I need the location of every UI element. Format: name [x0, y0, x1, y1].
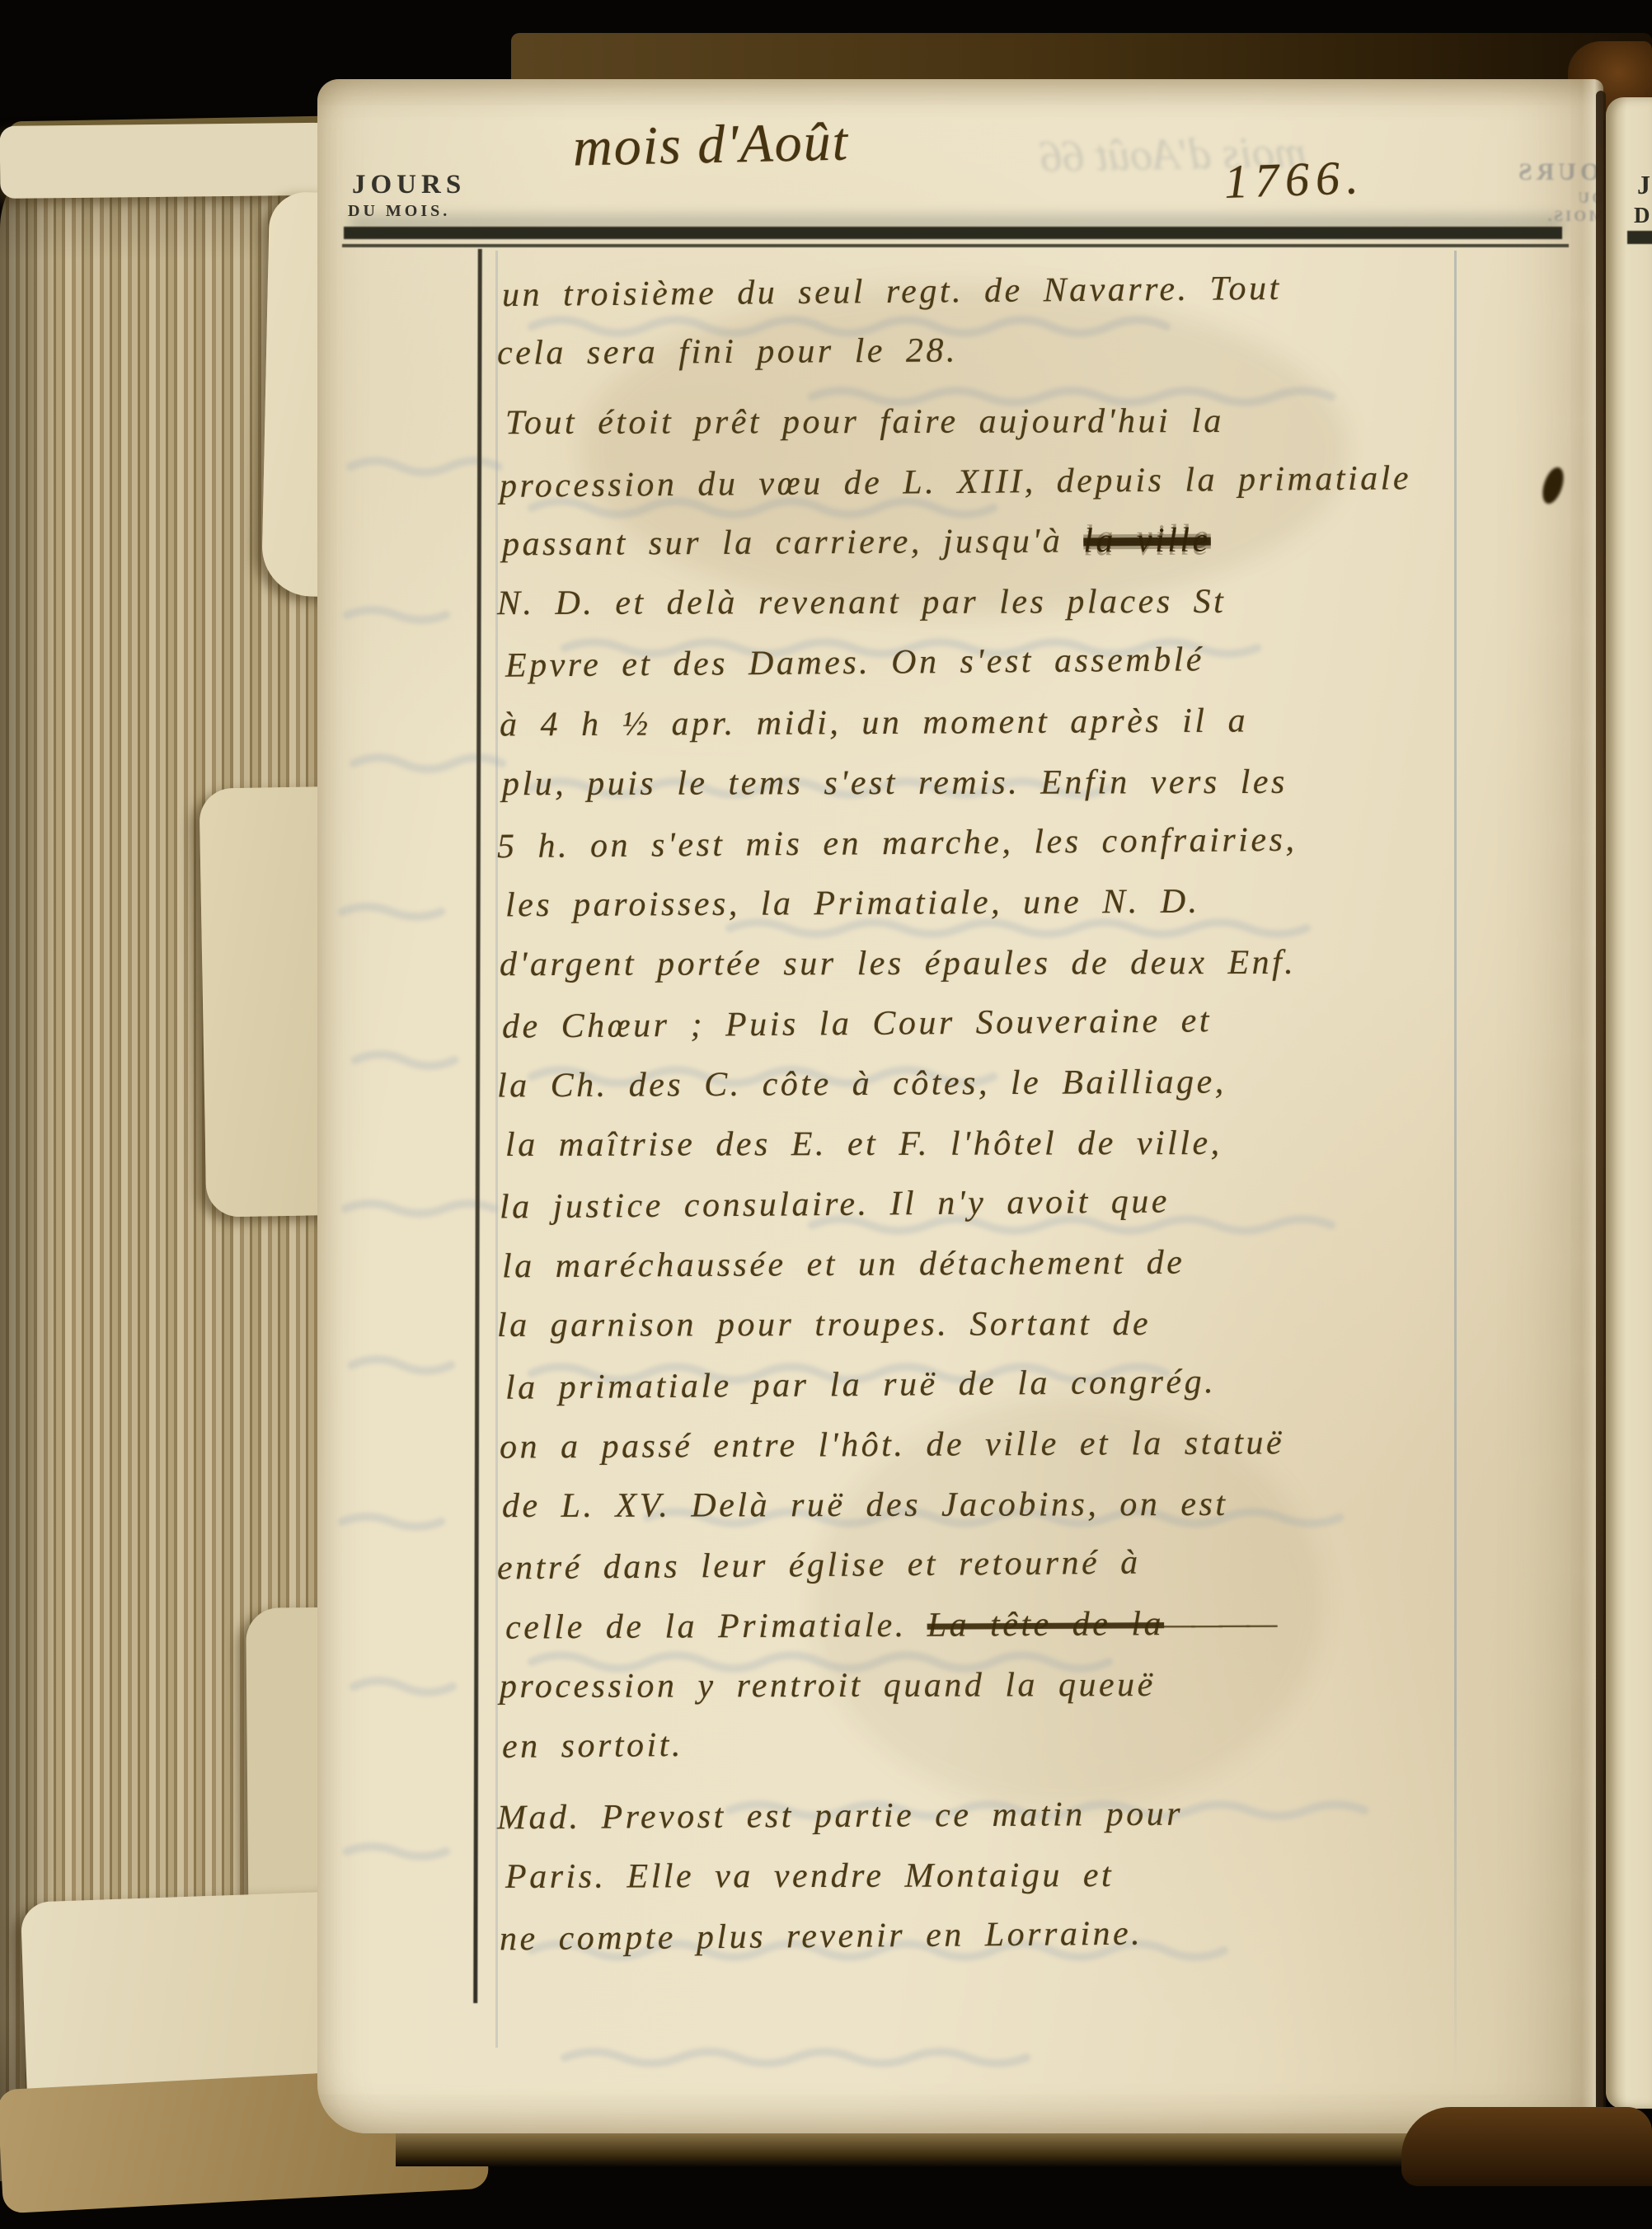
header-rule-thin	[342, 244, 1569, 247]
manuscript-text: on a passé entre l'hôt. de ville et la s…	[500, 1424, 1284, 1466]
manuscript-text: à 4 h ½ apr. midi, un moment après il a	[500, 702, 1248, 744]
manuscript-text: ————	[1164, 1604, 1274, 1643]
manuscript-line: 5 h. on s'est mis en marche, les confrai…	[497, 820, 1298, 867]
leather-corner-bottom-right	[1401, 2107, 1652, 2186]
manuscript-line: les paroisses, la Primatiale, une N. D.	[505, 882, 1200, 926]
manuscript-line: Paris. Elle va vendre Montaigu et	[505, 1856, 1114, 1897]
manuscript-line: en sortoit.	[502, 1725, 683, 1767]
manuscript-text: la maîtrise des E. et F. l'hôtel de vill…	[505, 1124, 1223, 1164]
manuscript-text: un troisième du seul regt. de Navarre. T…	[502, 270, 1282, 314]
manuscript-line: celle de la Primatiale. La tête de la———…	[505, 1603, 1274, 1648]
manuscript-text: procession y rentroit quand la queuë	[500, 1666, 1156, 1706]
manuscript-line: N. D. et delà revenant par les places St	[497, 582, 1226, 623]
manuscript-text: d'argent portée sur les épaules de deux …	[500, 944, 1296, 983]
manuscript-text: cela sera fini pour le 28.	[497, 331, 958, 372]
manuscript-text: Tout étoit prêt pour faire aujourd'hui l…	[505, 402, 1224, 442]
bleedthrough-mirrored-label: JOURS	[1514, 158, 1603, 186]
manuscript-line: la maréchaussée et un détachement de	[502, 1243, 1185, 1287]
manuscript-line: entré dans leur église et retourné à	[497, 1543, 1141, 1588]
manuscript-line: de L. XV. Delà ruë des Jacobins, on est	[502, 1485, 1228, 1526]
manuscript-line: à 4 h ½ apr. midi, un moment après il a	[500, 701, 1248, 744]
next-page-edge: J D	[1606, 97, 1652, 2109]
manuscript-text: entré dans leur église et retourné à	[497, 1544, 1141, 1588]
manuscript-text: plu, puis le tems s'est remis. Enfin ver…	[502, 763, 1288, 803]
manuscript-text: Epvre et des Dames. On s'est assemblé	[505, 641, 1204, 684]
manuscript-text: passant sur la carriere, jusqu'à	[502, 522, 1084, 563]
manuscript-text: procession du vœu de L. XIII, depuis la …	[500, 459, 1411, 505]
manuscript-text: la maréchaussée et un détachement de	[502, 1244, 1185, 1286]
manuscript-line: de Chœur ; Puis la Cour Souveraine et	[502, 1001, 1212, 1047]
manuscript-line: un troisième du seul regt. de Navarre. T…	[502, 269, 1282, 316]
manuscript-line: Mad. Prevost est partie ce matin pour	[497, 1795, 1183, 1838]
manuscript-text: Paris. Elle va vendre Montaigu et	[505, 1856, 1114, 1896]
manuscript-text: celle de la Primatiale.	[505, 1607, 927, 1647]
manuscript-text: la Ch. des C. côte à côtes, le Bailliage…	[497, 1063, 1227, 1105]
manuscript-line: la maîtrise des E. et F. l'hôtel de vill…	[505, 1124, 1223, 1165]
manuscript-line: ne compte plus revenir en Lorraine.	[500, 1914, 1143, 1959]
manuscript-line: la primatiale par la ruë de la congrég.	[505, 1362, 1216, 1408]
manuscript-line: d'argent portée sur les épaules de deux …	[500, 943, 1296, 985]
manuscript-text: la justice consulaire. Il n'y avoit que	[500, 1182, 1170, 1226]
manuscript-text: 5 h. on s'est mis en marche, les confrai…	[497, 821, 1298, 866]
manuscript-line: plu, puis le tems s'est remis. Enfin ver…	[502, 763, 1288, 805]
manuscript-line: la justice consulaire. Il n'y avoit que	[500, 1181, 1170, 1227]
manuscript-line: la Ch. des C. côte à côtes, le Bailliage…	[497, 1063, 1227, 1106]
manuscript-line: procession du vœu de L. XIII, depuis la …	[500, 458, 1411, 506]
next-page-header-rule	[1627, 231, 1652, 244]
manuscript-text: en sortoit.	[502, 1726, 683, 1766]
header-rule-thick	[344, 227, 1562, 239]
struck-text: la ville	[1083, 522, 1211, 561]
page-gutter-shadow	[1596, 91, 1606, 2119]
manuscript-line: on a passé entre l'hôt. de ville et la s…	[500, 1423, 1284, 1467]
handwritten-year: 1766.	[1223, 149, 1366, 209]
manuscript-line: passant sur la carriere, jusqu'à la vill…	[502, 521, 1211, 565]
margin-guide-line-right	[1454, 251, 1457, 2089]
manuscript-line: la garnison pour troupes. Sortant de	[497, 1304, 1151, 1345]
manuscript-line: Epvre et des Dames. On s'est assemblé	[505, 640, 1204, 686]
next-page-partial-letter: J	[1637, 170, 1652, 200]
manuscript-line: cela sera fini pour le 28.	[497, 331, 958, 373]
manuscript-text: les paroisses, la Primatiale, une N. D.	[505, 883, 1200, 925]
journal-page: JOURS DU MOIS. mois d'Août 66 JOURS DU M…	[317, 79, 1603, 2133]
struck-text: La tête de la	[927, 1605, 1165, 1645]
next-page-partial-letter: D	[1634, 203, 1652, 228]
manuscript-text: N. D. et delà revenant par les places St	[497, 583, 1226, 622]
margin-guide-line-left	[495, 251, 498, 2048]
manuscript-text: Mad. Prevost est partie ce matin pour	[497, 1795, 1183, 1837]
manuscript-text: la primatiale par la ruë de la congrég.	[505, 1363, 1216, 1407]
manuscript-line: Tout étoit prêt pour faire aujourd'hui l…	[505, 401, 1224, 443]
manuscript-line: procession y rentroit quand la queuë	[500, 1665, 1156, 1706]
printed-column-heading-du-mois: DU MOIS.	[348, 202, 450, 221]
manuscript-text: de Chœur ; Puis la Cour Souveraine et	[502, 1002, 1212, 1046]
manuscript-text: de L. XV. Delà ruë des Jacobins, on est	[502, 1485, 1228, 1525]
handwritten-month-title: mois d'Août	[572, 111, 849, 180]
manuscript-text: la garnison pour troupes. Sortant de	[497, 1305, 1151, 1344]
manuscript-text: ne compte plus revenir en Lorraine.	[500, 1915, 1143, 1959]
printed-column-heading-jours: JOURS	[352, 170, 466, 200]
